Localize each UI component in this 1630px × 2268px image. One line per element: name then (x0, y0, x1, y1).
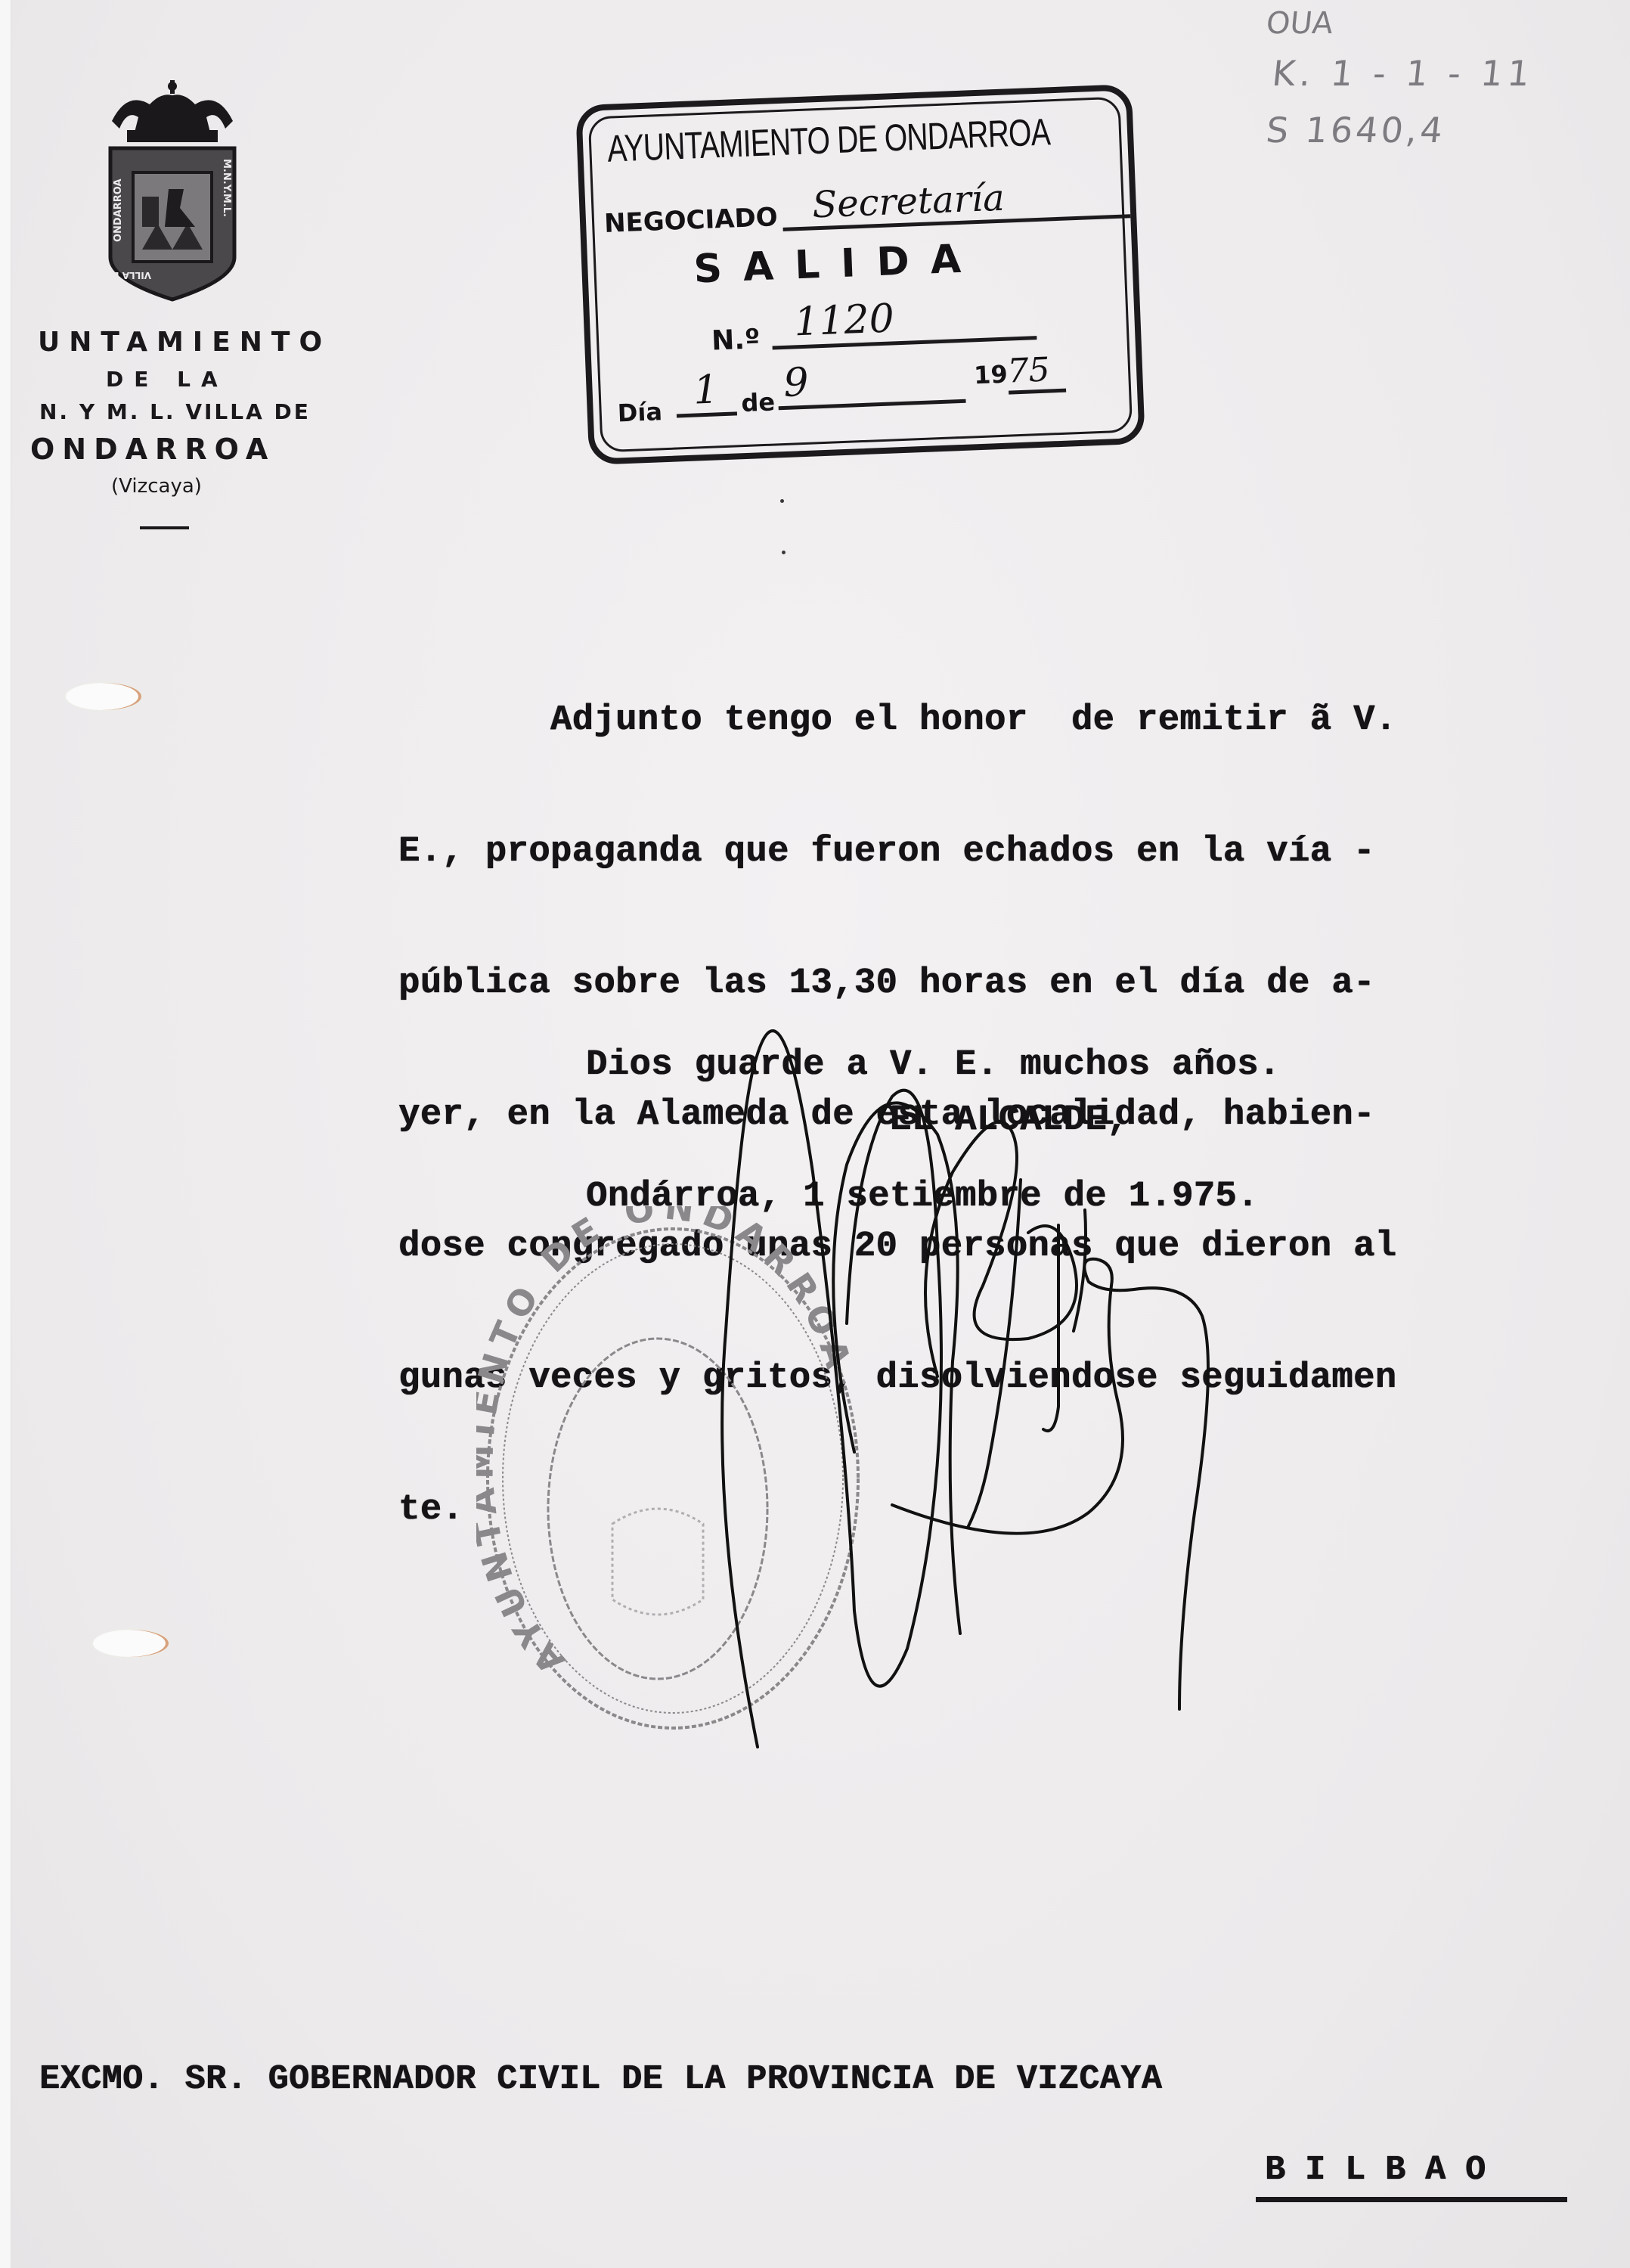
letterhead-line-villa: N. Y M. L. VILLA DE (39, 399, 311, 424)
letterhead-line-province: (Vizcaya) (111, 475, 202, 498)
stamp-year-value: 75 (1007, 350, 1066, 395)
svg-text:M.N.Y.M.L.: M.N.Y.M.L. (221, 159, 232, 217)
page-edge (0, 0, 11, 2268)
stamp-year: 1975 (973, 350, 1065, 392)
ink-speck (782, 551, 786, 554)
stamp-number-label: N.º (711, 324, 761, 356)
coat-of-arms-icon: ONDARROA M.N.Y.M.L. VILLA DE (104, 76, 240, 303)
stamp-negociado-value: Secretaría (781, 172, 1130, 231)
signature-icon (665, 983, 1240, 1755)
stamp-year-prefix: 19 (973, 360, 1008, 390)
stamp-kind: SALIDA (693, 236, 983, 293)
svg-text:VILLA DE: VILLA DE (105, 270, 151, 281)
addressee: EXCMO. SR. GOBERNADOR CIVIL DE LA PROVIN… (39, 2058, 1162, 2102)
registry-stamp: AYUNTAMIENTO DE ONDARROA NEGOCIADO Secre… (575, 84, 1145, 465)
city-underline (1256, 2197, 1567, 2202)
letterhead-line-town: ONDARROA (30, 433, 275, 466)
ink-speck (780, 499, 784, 503)
stamp-day-label: Día (617, 397, 663, 427)
punch-hole (93, 1630, 169, 1657)
stamp-month-label: de (741, 387, 776, 417)
stamp-month-value: 9 (776, 354, 965, 410)
stamp-day-value: 1 (675, 366, 737, 417)
letterhead-line-ayuntamiento: UNTAMIENTO (38, 327, 331, 358)
archive-note-line-2: K. 1 - 1 - 11 (1270, 53, 1536, 94)
stamp-negociado-label: NEGOCIADO (603, 202, 778, 239)
letter-page: ONDARROA M.N.Y.M.L. VILLA DE UNTAMIENTO … (0, 0, 1630, 2268)
letterhead-line-de-la: DE LA (106, 367, 228, 392)
archive-note-line-1: OUA (1265, 6, 1335, 41)
body-line: E., propaganda que fueron echados en la … (398, 830, 1396, 874)
stamp-title: AYUNTAMIENTO DE ONDARROA (606, 110, 1051, 170)
svg-text:ONDARROA: ONDARROA (113, 178, 124, 242)
punch-hole (66, 683, 141, 710)
addressee-city: BILBAO (1265, 2149, 1505, 2192)
letterhead-rule (140, 526, 189, 529)
archive-note-line-3: S 1640,4 (1264, 110, 1447, 150)
stamp-number-value: 1120 (770, 290, 1037, 349)
body-line: Adjunto tengo el honor de remitir ã V. (398, 699, 1396, 743)
